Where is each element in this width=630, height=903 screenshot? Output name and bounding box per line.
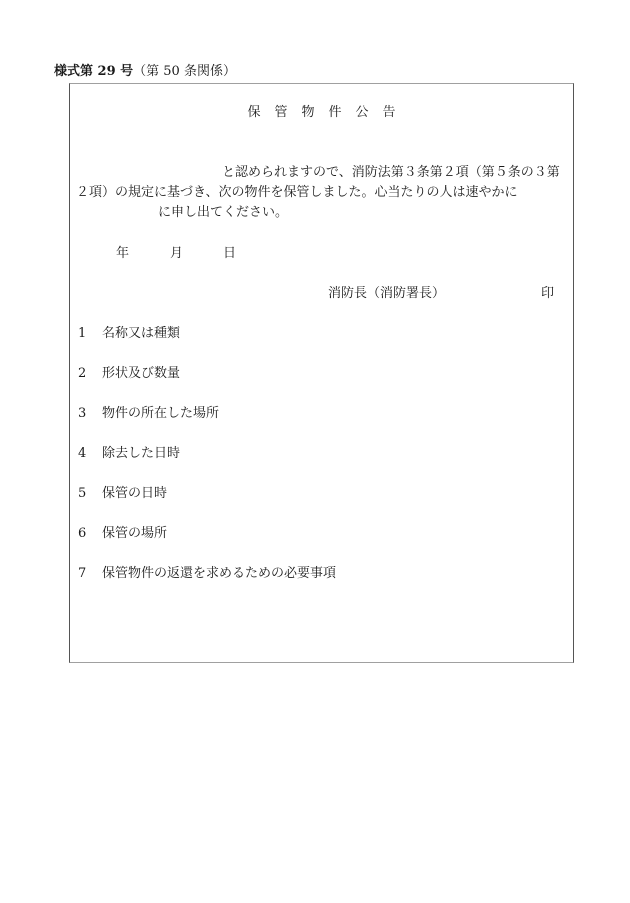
notice-body-line-3: に申し出てください。 (158, 205, 288, 221)
form-article-reference: （第 50 条関係） (133, 64, 236, 79)
date-month-label: 月 (170, 246, 183, 262)
item-number: 6 (78, 526, 102, 542)
form-number: 様式第 29 号 (54, 64, 133, 79)
item-label: 除去した日時 (102, 446, 180, 461)
item-number: 7 (78, 566, 102, 582)
item-label: 物件の所在した場所 (102, 406, 219, 421)
item-number: 1 (78, 326, 102, 342)
item-label: 保管の場所 (102, 526, 167, 541)
item-number: 4 (78, 446, 102, 462)
date-day-label: 日 (223, 246, 236, 262)
list-item: 2形状及び数量 (78, 366, 180, 382)
form-number-label: 様式第 29 号（第 50 条関係） (54, 64, 236, 80)
list-item: 6保管の場所 (78, 526, 167, 542)
seal-mark: 印 (541, 286, 554, 302)
list-item: 3物件の所在した場所 (78, 406, 219, 422)
list-item: 1名称又は種類 (78, 326, 180, 342)
item-label: 名称又は種類 (102, 326, 180, 341)
notice-body-line-1: と認められますので、消防法第３条第２項（第５条の３第 (222, 165, 560, 181)
notice-title: 保管物件公告 (70, 105, 573, 121)
list-item: 4除去した日時 (78, 446, 180, 462)
date-year-label: 年 (116, 246, 129, 262)
list-item: 5保管の日時 (78, 486, 167, 502)
item-number: 2 (78, 366, 102, 382)
item-number: 5 (78, 486, 102, 502)
item-label: 保管の日時 (102, 486, 167, 501)
notice-frame: 保管物件公告 と認められますので、消防法第３条第２項（第５条の３第 ２項）の規定… (69, 83, 574, 663)
signatory-title: 消防長（消防署長） (328, 286, 445, 302)
item-label: 形状及び数量 (102, 366, 180, 381)
notice-body-line-2: ２項）の規定に基づき、次の物件を保管しました。心当たりの人は速やかに (76, 185, 517, 201)
item-number: 3 (78, 406, 102, 422)
list-item: 7保管物件の返還を求めるための必要事項 (78, 566, 336, 582)
item-label: 保管物件の返還を求めるための必要事項 (102, 566, 336, 581)
